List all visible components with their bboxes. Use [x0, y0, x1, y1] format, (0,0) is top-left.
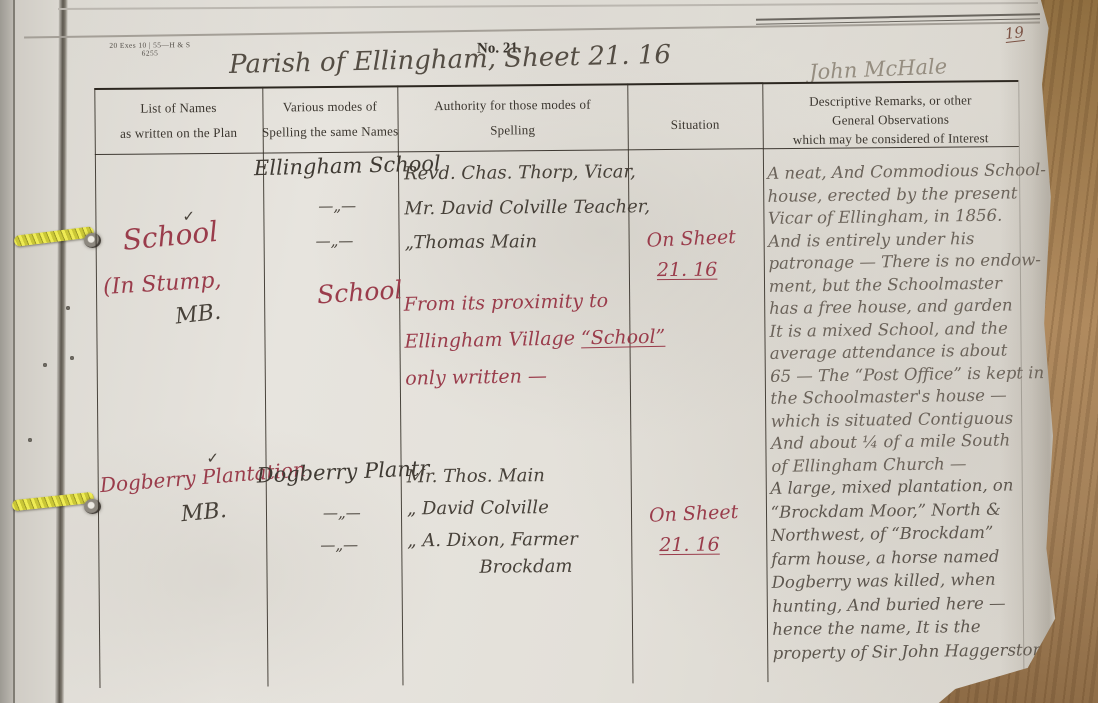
table-top-rule — [94, 80, 1018, 90]
note-text: Ellingham Village — [404, 327, 581, 352]
header-authority: Authority for those modes of Spelling — [397, 91, 627, 143]
authority-names-entry-2: Mr. Thos. Main„ David Colville„ A. Dixon… — [407, 460, 578, 557]
header-line: Descriptive Remarks, or other — [762, 90, 1018, 111]
situation-sheet-entry-1: On Sheet — [646, 226, 736, 252]
handwritten-line: Mr. Thos. Main — [407, 460, 578, 493]
header-line: List of Names — [94, 95, 262, 121]
page-curl-edge — [1000, 0, 1070, 703]
note-text-underlined: “School” — [581, 326, 666, 350]
handwritten-line: only written — — [405, 356, 666, 398]
situation-sheet-entry-2: On Sheet — [649, 501, 739, 527]
ditto-mark: —„— — [318, 197, 356, 215]
header-list-of-names: List of Names as written on the Plan — [94, 95, 262, 146]
surveyor-initials-entry-1: MB. — [174, 300, 222, 330]
header-line: which may be considered of Interest — [763, 128, 1019, 149]
note-text: From its proximity to — [404, 290, 609, 316]
header-line: Situation — [628, 111, 763, 137]
ditto-mark: —„— — [320, 536, 358, 554]
ditto-mark: —„— — [323, 504, 361, 522]
header-modes-of-spelling: Various modes of Spelling the same Names — [260, 93, 399, 144]
note-text: only written — — [405, 365, 547, 390]
handwritten-line: Ellingham Village “School” — [404, 319, 665, 361]
situation-number-entry-2: 21. 16 — [659, 534, 720, 557]
ditto-mark: —„— — [316, 232, 354, 250]
handwritten-line: From its proximity to — [403, 282, 664, 324]
header-descriptive-remarks: Descriptive Remarks, or other General Ob… — [762, 90, 1018, 149]
header-line: Authority for those modes of — [397, 91, 627, 118]
sheet-content: 20 Exes 10 | 55—H & S 6255 No. 21. Paris… — [0, 0, 1098, 703]
handwritten-line: „Thomas Main — [404, 224, 650, 261]
parish-title-handwritten: Parish of Ellingham, Sheet 21. 16 — [229, 40, 672, 80]
header-line: as written on the Plan — [95, 120, 263, 146]
namebook-page: 20 Exes 10 | 55—H & S 6255 No. 21. Paris… — [0, 0, 1098, 703]
header-situation: Situation — [628, 111, 763, 137]
table-rule-col1-left — [94, 88, 101, 688]
examiner-signature: John McHale — [809, 54, 948, 84]
header-line: Various modes of — [260, 93, 399, 119]
handwritten-line: Revd. Chas. Thorp, Vicar, — [404, 155, 650, 192]
accepted-spelling-entry-1: School — [316, 275, 403, 309]
handwritten-line: „ David Colville — [407, 492, 578, 525]
plate-note-line: 6255 — [105, 49, 195, 58]
plan-name-entry-1: School — [121, 215, 219, 257]
authority-note-entry-1: From its proximity to Ellingham Village … — [403, 282, 666, 398]
printers-plate-note: 20 Exes 10 | 55—H & S 6255 — [105, 41, 195, 58]
plan-name-note-entry-1: (In Stump, — [102, 268, 222, 300]
authority-names-entry-1: Revd. Chas. Thorp, Vicar,Mr. David Colvi… — [404, 155, 651, 261]
header-line: General Observations — [763, 109, 1019, 130]
surveyor-initials-entry-2: MB. — [180, 498, 228, 527]
authority-place-entry-2: Brockdam — [479, 556, 572, 578]
handwritten-line: „ A. Dixon, Farmer — [407, 524, 578, 557]
header-line: Spelling the same Names — [261, 118, 400, 144]
scan-photo: 20 Exes 10 | 55—H & S 6255 No. 21. Paris… — [0, 0, 1098, 703]
situation-number-entry-1: 21. 16 — [657, 259, 718, 282]
handwritten-line: Mr. David Colville Teacher, — [404, 190, 650, 227]
header-line: Spelling — [398, 116, 628, 143]
